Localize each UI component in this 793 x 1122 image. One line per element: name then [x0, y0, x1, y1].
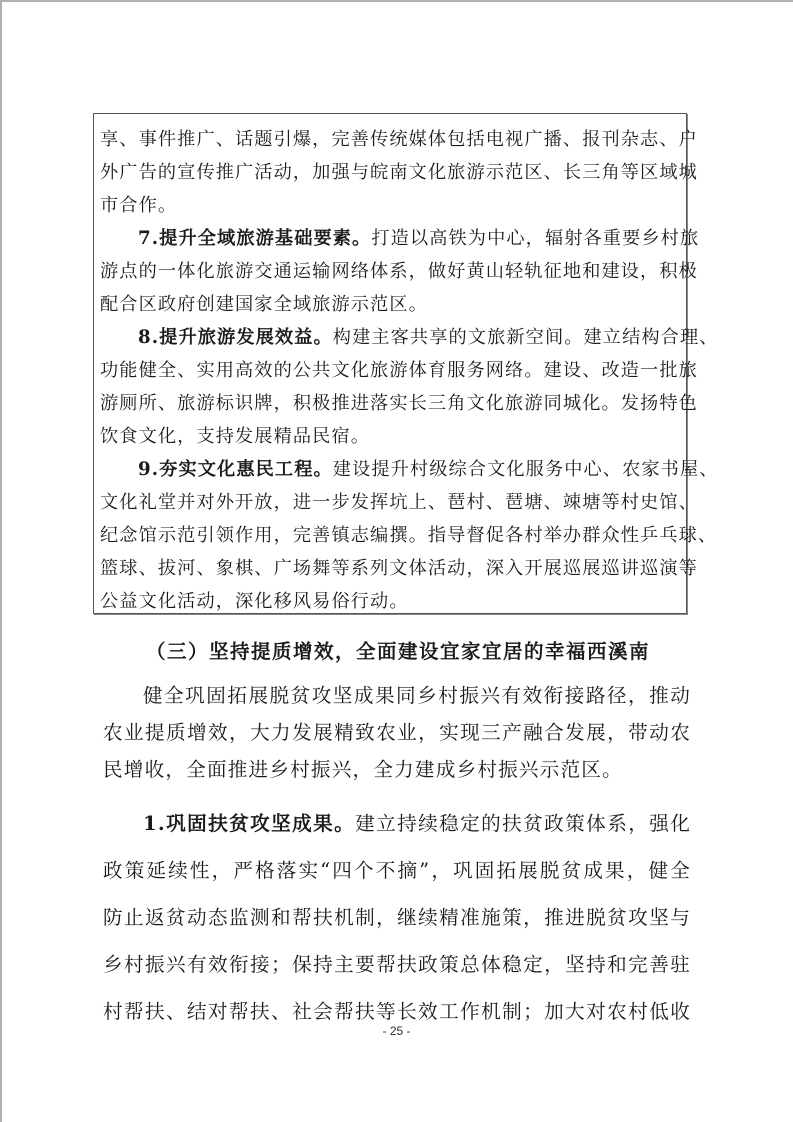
box-line: 享、事件推广、话题引爆，完善传统媒体包括电视广播、报刊杂志、户 [100, 129, 685, 151]
box-line: 公益文化活动，深化移风易俗行动。 [100, 591, 685, 613]
item-1-first-line: 1.巩固扶贫攻坚成果。建立持续稳定的扶贫政策体系，强化 [143, 812, 691, 836]
box-line: 纪念馆示范引领作用，完善镇志编撰。指导督促各村举办群众性乒乓球、 [100, 525, 685, 547]
body-line: 民增收，全面推进乡村振兴，全力建成乡村振兴示范区。 [103, 758, 691, 782]
box-line: 篮球、拔河、象棋、广场舞等系列文体活动，深入开展巡展巡讲巡演等 [100, 558, 685, 580]
body-line: 政策延续性，严格落实“四个不摘”，巩固拓展脱贫成果，健全 [103, 859, 691, 883]
page-number: - 25 - [0, 1024, 793, 1038]
item-1-title: 1.巩固扶贫攻坚成果。 [143, 812, 355, 835]
box-line: 功能健全、实用高效的公共文化旅游体育服务网络。建设、改造一批旅 [100, 360, 685, 382]
item-1-text: 建立持续稳定的扶贫政策体系，强化 [355, 812, 691, 835]
item-7-first-line: 7.提升全域旅游基础要素。打造以高铁为中心，辐射各重要乡村旅 [138, 228, 685, 250]
body-line: 防止返贫动态监测和帮扶机制，继续精准施策，推进脱贫攻坚与 [103, 906, 691, 930]
box-line: 配合区政府创建国家全域旅游示范区。 [100, 294, 685, 316]
body-line: 农业提质增效，大力发展精致农业，实现三产融合发展，带动农 [103, 721, 691, 745]
box-line: 外广告的宣传推广活动，加强与皖南文化旅游示范区、长三角等区域城 [100, 162, 685, 184]
body-line: 乡村振兴有效衔接；保持主要帮扶政策总体稳定，坚持和完善驻 [103, 953, 691, 977]
item-8-first-line: 8.提升旅游发展效益。构建主客共享的文旅新空间。建立结构合理、 [138, 327, 685, 349]
item-7-title: 7.提升全域旅游基础要素。 [138, 228, 371, 249]
item-7-text: 打造以高铁为中心，辐射各重要乡村旅 [371, 228, 699, 249]
item-8-text: 构建主客共享的文旅新空间。建立结构合理、 [333, 327, 719, 348]
box-line: 文化礼堂并对外开放，进一步发挥坑上、琶村、琶塘、竦塘等村史馆、 [100, 492, 685, 514]
box-line: 游厕所、旅游标识牌，积极推进落实长三角文化旅游同城化。发扬特色 [100, 393, 685, 415]
body-line: 健全巩固拓展脱贫攻坚成果同乡村振兴有效衔接路径，推动 [143, 684, 691, 708]
box-line: 饮食文化，支持发展精品民宿。 [100, 426, 685, 448]
item-9-text: 建设提升村级综合文化服务中心、农家书屋、 [333, 459, 719, 480]
box-line: 游点的一体化旅游交通运输网络体系，做好黄山轻轨征地和建设，积极 [100, 261, 685, 283]
box-line: 市合作。 [100, 195, 685, 217]
item-8-title: 8.提升旅游发展效益。 [138, 327, 333, 348]
item-9-first-line: 9.夯实文化惠民工程。建设提升村级综合文化服务中心、农家书屋、 [138, 459, 685, 481]
body-line: 村帮扶、结对帮扶、社会帮扶等长效工作机制；加大对农村低收 [103, 1000, 691, 1024]
section-heading: （三）坚持提质增效，全面建设宜家宜居的幸福西溪南 [146, 640, 656, 664]
item-9-title: 9.夯实文化惠民工程。 [138, 459, 333, 480]
